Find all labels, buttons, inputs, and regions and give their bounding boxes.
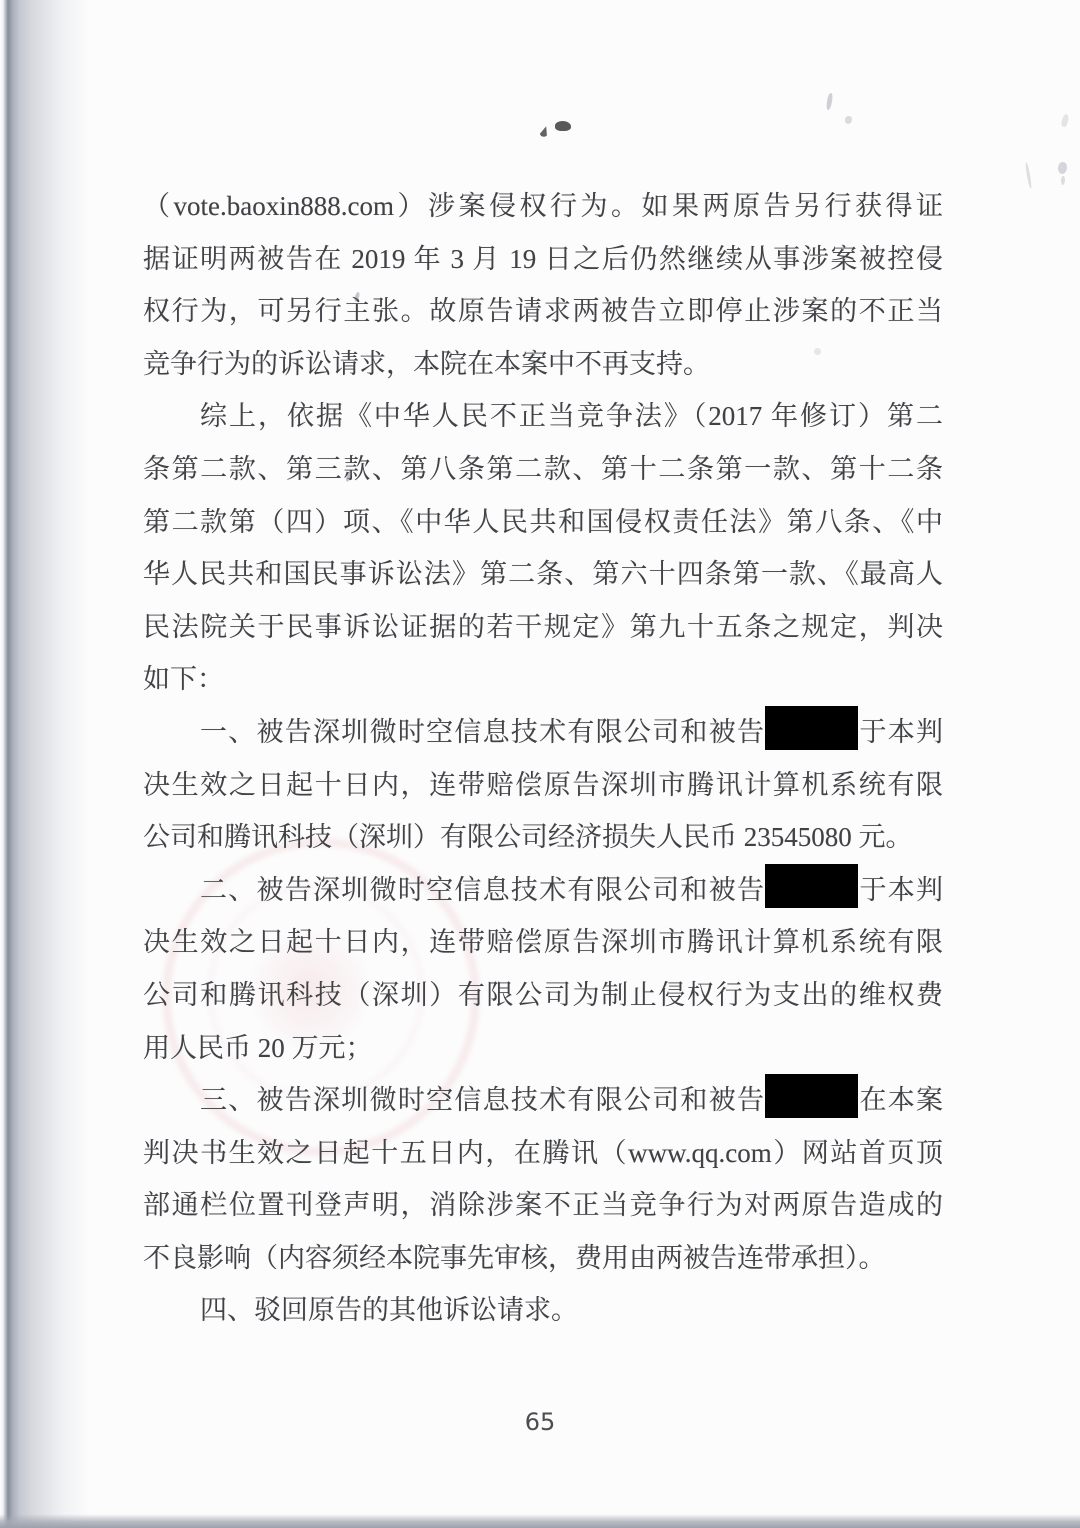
scan-edge-shadow-left	[0, 0, 90, 1528]
scan-smudge	[1060, 113, 1069, 127]
text-segment: 三、被告深圳微时空信息技术有限公司和被告	[200, 1085, 765, 1115]
scan-edge-shadow-bottom	[0, 1514, 1080, 1528]
text-segment: 二、被告深圳微时空信息技术有限公司和被告	[200, 875, 765, 905]
text-segment: 部通栏位置刊登声明，消除涉案不正当竞争行为对两原告造成的	[143, 1190, 943, 1220]
text-line: 判决书生效之日起十五日内，在腾讯（www.qq.com）网站首页顶	[143, 1127, 943, 1180]
text-segment: 华人民共和国民事诉讼法》第二条、第六十四条第一款、《最高人	[143, 559, 943, 589]
text-segment: 于本判	[858, 717, 943, 747]
text-line: 一、被告深圳微时空信息技术有限公司和被告于本判	[143, 706, 943, 759]
text-segment: 条第二款、第三款、第八条第二款、第十二条第一款、第十二条	[143, 454, 943, 484]
text-line: 决生效之日起十日内，连带赔偿原告深圳市腾讯计算机系统有限	[143, 759, 943, 812]
text-line: 如下：	[143, 653, 943, 706]
text-line: 竞争行为的诉讼请求，本院在本案中不再支持。	[143, 338, 943, 391]
text-segment: 判决书生效之日起十五日内，在腾讯（www.qq.com）网站首页顶	[143, 1138, 943, 1168]
text-segment: （vote.baoxin888.com）涉案侵权行为。如果两原告另行获得证	[143, 191, 943, 221]
text-line: 二、被告深圳微时空信息技术有限公司和被告于本判	[143, 864, 943, 917]
text-segment: 四、驳回原告的其他诉讼请求。	[200, 1295, 578, 1325]
ink-speck	[555, 121, 571, 131]
text-line: （vote.baoxin888.com）涉案侵权行为。如果两原告另行获得证	[143, 180, 943, 233]
text-line: 第二款第（四）项、《中华人民共和国侵权责任法》第八条、《中	[143, 496, 943, 549]
text-line: 公司和腾讯科技（深圳）有限公司经济损失人民币 23545080 元。	[143, 811, 943, 864]
text-segment: 竞争行为的诉讼请求，本院在本案中不再支持。	[143, 349, 710, 379]
text-line: 民法院关于民事诉讼证据的若干规定》第九十五条之规定，判决	[143, 601, 943, 654]
text-line: 权行为，可另行主张。故原告请求两被告立即停止涉案的不正当	[143, 285, 943, 338]
document-text: （vote.baoxin888.com）涉案侵权行为。如果两原告另行获得证据证明…	[143, 180, 943, 1337]
scan-smudge	[845, 116, 852, 124]
text-line: 用人民币 20 万元；	[143, 1022, 943, 1075]
text-segment: 不良影响（内容须经本院事先审核，费用由两被告连带承担）。	[143, 1243, 886, 1273]
text-segment: 决生效之日起十日内，连带赔偿原告深圳市腾讯计算机系统有限	[143, 927, 943, 957]
text-segment: 用人民币 20 万元；	[143, 1033, 373, 1063]
text-segment: 决生效之日起十日内，连带赔偿原告深圳市腾讯计算机系统有限	[143, 770, 943, 800]
text-line: 综上，依据《中华人民不正当竞争法》（2017 年修订）第二	[143, 390, 943, 443]
text-line: 决生效之日起十日内，连带赔偿原告深圳市腾讯计算机系统有限	[143, 916, 943, 969]
text-segment: 公司和腾讯科技（深圳）有限公司经济损失人民币 23545080 元。	[143, 822, 913, 852]
text-line: 不良影响（内容须经本院事先审核，费用由两被告连带承担）。	[143, 1232, 943, 1285]
redaction-box	[765, 864, 858, 908]
redaction-box	[765, 1074, 858, 1118]
text-segment: 如下：	[143, 664, 224, 694]
text-segment: 民法院关于民事诉讼证据的若干规定》第九十五条之规定，判决	[143, 612, 943, 642]
ink-speck	[539, 125, 551, 138]
text-line: 部通栏位置刊登声明，消除涉案不正当竞争行为对两原告造成的	[143, 1179, 943, 1232]
page-number: 65	[0, 1408, 1080, 1436]
text-segment: 于本判	[858, 875, 943, 905]
text-line: 公司和腾讯科技（深圳）有限公司为制止侵权行为支出的维权费	[143, 969, 943, 1022]
text-line: 四、驳回原告的其他诉讼请求。	[143, 1284, 943, 1337]
scan-smudge	[1061, 176, 1065, 185]
text-line: 三、被告深圳微时空信息技术有限公司和被告在本案	[143, 1074, 943, 1127]
redaction-box	[765, 706, 858, 750]
text-line: 据证明两被告在 2019 年 3 月 19 日之后仍然继续从事涉案被控侵	[143, 233, 943, 286]
text-segment: 一、被告深圳微时空信息技术有限公司和被告	[200, 717, 765, 747]
text-segment: 在本案	[858, 1085, 943, 1115]
scan-smudge	[826, 93, 833, 111]
scanned-page: { "page": { "number": "65" }, "artifacts…	[0, 0, 1080, 1528]
text-segment: 权行为，可另行主张。故原告请求两被告立即停止涉案的不正当	[143, 296, 943, 326]
scan-smudge	[1025, 162, 1033, 189]
text-segment: 公司和腾讯科技（深圳）有限公司为制止侵权行为支出的维权费	[143, 980, 943, 1010]
text-line: 条第二款、第三款、第八条第二款、第十二条第一款、第十二条	[143, 443, 943, 496]
scan-smudge	[1058, 162, 1067, 174]
scan-smudge	[814, 348, 821, 355]
text-line: 华人民共和国民事诉讼法》第二条、第六十四条第一款、《最高人	[143, 548, 943, 601]
text-segment: 综上，依据《中华人民不正当竞争法》（2017 年修订）第二	[200, 401, 943, 431]
text-segment: 据证明两被告在 2019 年 3 月 19 日之后仍然继续从事涉案被控侵	[143, 244, 943, 274]
text-segment: 第二款第（四）项、《中华人民共和国侵权责任法》第八条、《中	[143, 507, 943, 537]
